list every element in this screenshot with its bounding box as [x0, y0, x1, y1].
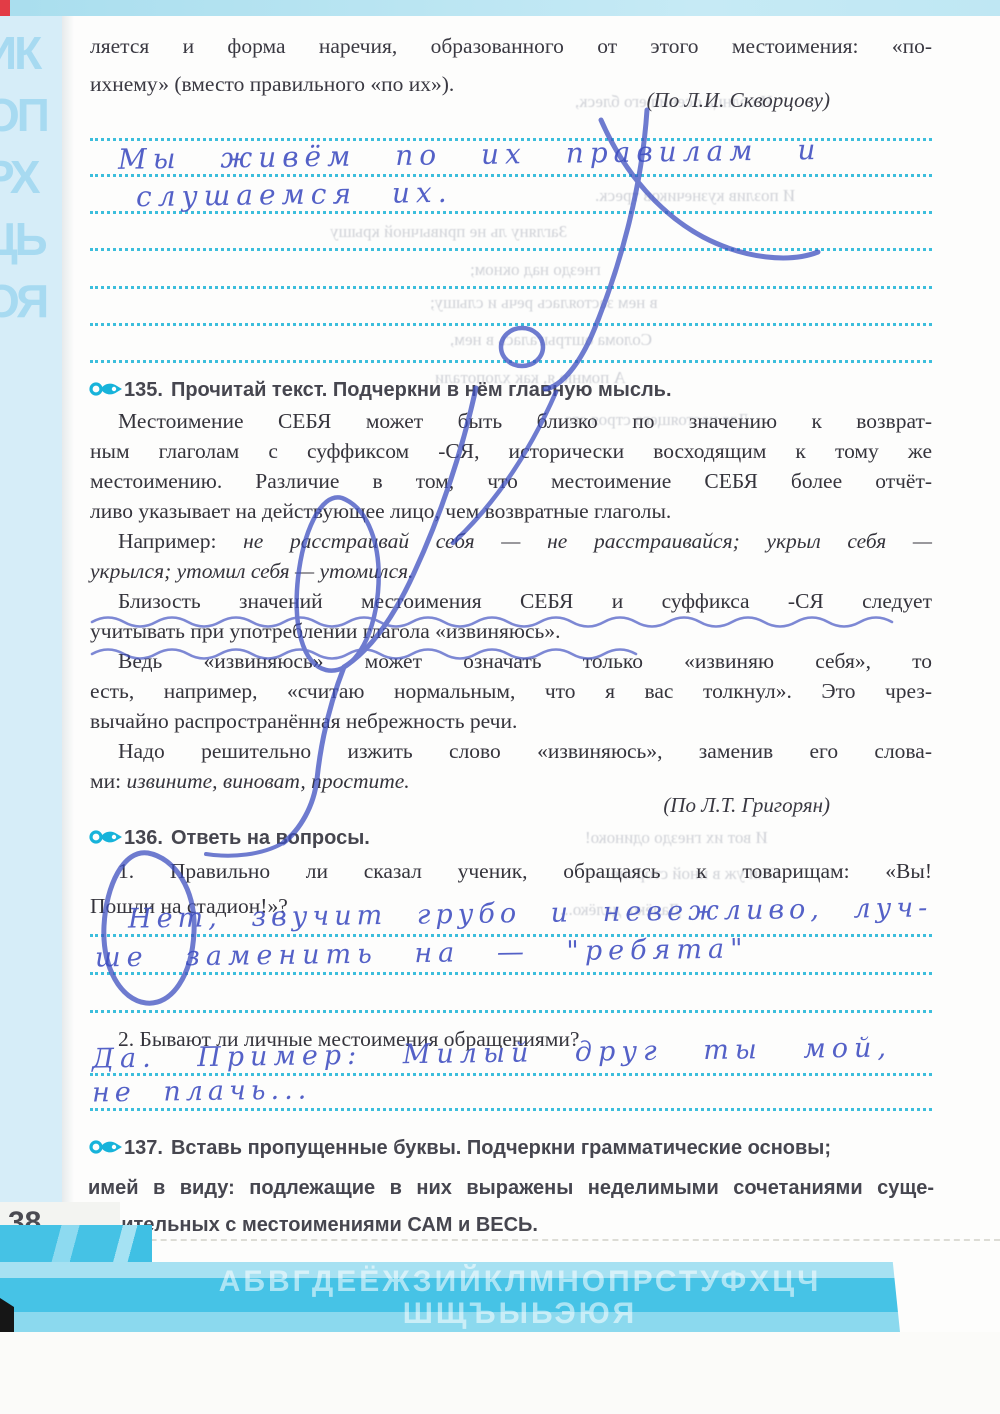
strip-letter: ОЯ [0, 274, 62, 328]
example-italic: извините, виноват, простите. [126, 769, 409, 793]
paragraph-line: Близость значений местоимения СЕБЯ и суф… [90, 586, 932, 616]
paragraph-line: ляется и форма наречия, образованного от… [90, 27, 932, 65]
strip-letter: ИК [0, 26, 62, 80]
answer-line [90, 360, 932, 363]
answer-line [90, 286, 932, 289]
exercise-marker-icon [88, 1133, 124, 1170]
answer-line [90, 323, 932, 326]
workbook-page-scan: ИК ОП РХ ЦЬ ОЯ И солнца осенил его блеск… [0, 0, 1000, 1414]
top-edge-strip [0, 0, 1000, 16]
paragraph-line: ми: извините, виноват, простите. [90, 766, 932, 796]
exercise-title: Прочитай текст. Подчеркни в нём главную … [171, 379, 672, 401]
exercise-number: 135. [124, 379, 163, 401]
page-gutter-shadow [62, 16, 74, 1228]
alphabet-row: ШЩЪЫЬЭЮЯ [150, 1297, 890, 1331]
exercise-number: 137. [124, 1137, 163, 1159]
bleedthrough-text: Солома оштрыгалась в нем, [450, 330, 652, 350]
answer-line [90, 972, 932, 975]
exercise-137-header: 137.Вставь пропущенные буквы. Подчеркни … [88, 1130, 934, 1244]
example-italic: укрылся; утомил себя — утомился. [90, 559, 414, 583]
answer-line [90, 1010, 932, 1013]
exercise-header-line: 137.Вставь пропущенные буквы. Подчеркни … [88, 1130, 934, 1170]
paragraph-line: Местоимение СЕБЯ может быть близко по зн… [90, 406, 932, 436]
paragraph-line: укрылся; утомил себя — утомился. [90, 556, 932, 586]
paragraph-line: Ведь «извиняюсь» может означать только «… [90, 646, 932, 676]
paragraph-line: ным глаголам с суффиксом -СЯ, историческ… [90, 436, 932, 466]
answer-line [90, 1108, 932, 1111]
attribution: (По Л.Т. Григорян) [90, 793, 830, 818]
paragraph-line: местоимению. Различие в том, что местоим… [90, 466, 932, 496]
paragraph-line: есть, например, «считаю нормальным, что … [90, 676, 932, 706]
exercise-header-line: имей в виду: подлежащие в них выражены н… [88, 1170, 934, 1207]
handwritten-answer-line: слушаемся их. [136, 176, 453, 213]
paragraph-line: учитывать при употреблении глагола «изви… [90, 616, 932, 646]
scan-background [0, 1332, 1000, 1414]
exercise-title: Вставь пропущенные буквы. Подчеркни грам… [171, 1137, 831, 1159]
bleedthrough-text: в нем застоялась речь и слышу; [430, 293, 658, 313]
paragraph-line: ливо указывает на действующее лицо, чем … [90, 496, 932, 526]
strip-letter: РХ [0, 150, 62, 204]
handwritten-answer-line: ше заменить на — "ребята" [95, 933, 749, 973]
left-margin-strip: ИК ОП РХ ЦЬ ОЯ [0, 16, 62, 1228]
bleedthrough-text: Загляну ль не привычной крышу [330, 222, 567, 242]
handwritten-answer-line: не плачь... [92, 1074, 312, 1108]
exercise-135-text: Местоимение СЕБЯ может быть близко по зн… [90, 406, 932, 796]
exercise-number: 136. [124, 827, 163, 849]
paragraph-line: Надо решительно изжить слово «извиняюсь»… [90, 736, 932, 766]
question-line: 1. Правильно ли сказал ученик, обращаясь… [90, 854, 932, 889]
bleedthrough-text: И позлив кузнечиков треск. [595, 186, 795, 206]
alphabet-row: АБВГДЕЁЖЗИЙКЛМНОПРСТУФХЦЧ [150, 1265, 890, 1299]
strip-letter: ЦЬ [0, 212, 62, 266]
exercise-title: Ответь на вопросы. [171, 827, 370, 849]
paragraph-line: вычайно распространённая небрежность реч… [90, 706, 932, 736]
answer-line [90, 248, 932, 251]
attribution: (По Л.И. Скворцову) [90, 88, 830, 113]
example-italic: не расстраивай себя — не расстраивайся; … [243, 529, 932, 553]
bleedthrough-text: гнездо над окном; [470, 260, 601, 280]
paragraph-line: Например: не расстраивай себя — не расст… [90, 526, 932, 556]
strip-letter: ОП [0, 88, 62, 142]
